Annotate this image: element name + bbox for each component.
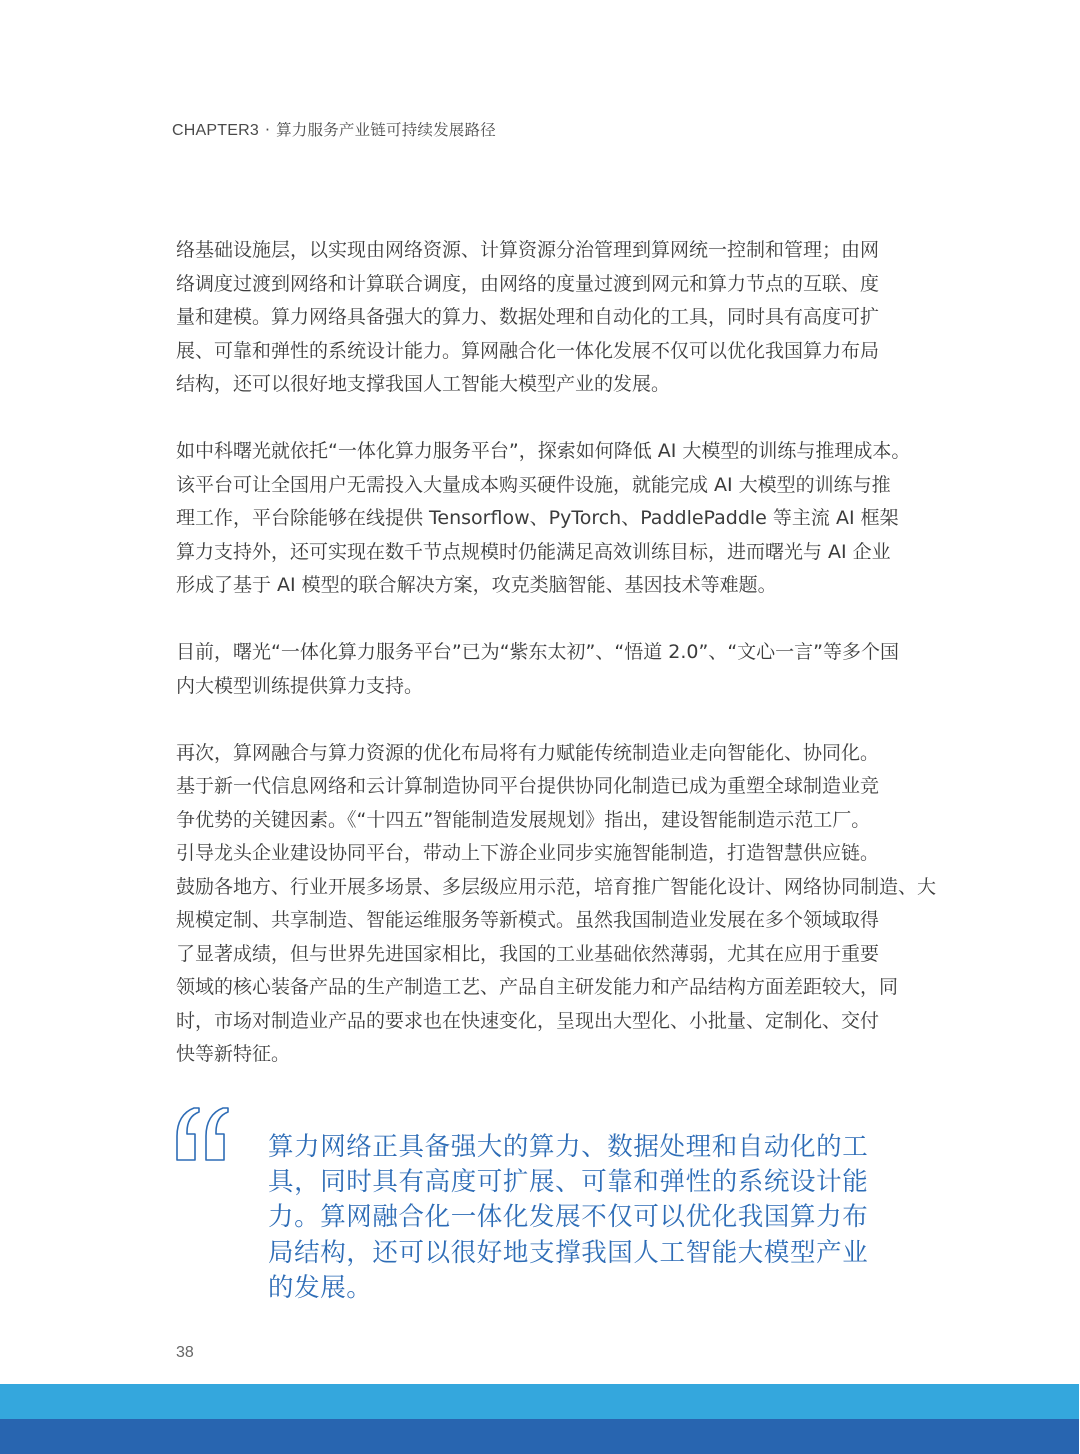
- quote-line: 力。算网融合化一体化发展不仅可以优化我国算力布: [268, 1200, 868, 1235]
- text-line: 络基础设施层，以实现由网络资源、计算资源分治管理到算网统一控制和管理；由网: [176, 234, 916, 268]
- text-line: 快等新特征。: [176, 1038, 916, 1072]
- document-page: CHAPTER3·算力服务产业链可持续发展路径 络基础设施层，以实现由网络资源、…: [0, 0, 1080, 1454]
- paragraph-2: 如中科曙光就依托“一体化算力服务平台”，探索如何降低 AI 大模型的训练与推理成…: [176, 435, 916, 603]
- quote-line: 局结构，还可以很好地支撑我国人工智能大模型产业: [268, 1236, 868, 1271]
- text-line: 量和建模。算力网络具备强大的算力、数据处理和自动化的工具，同时具有高度可扩: [176, 301, 916, 335]
- quote-line: 具，同时具有高度可扩展、可靠和弹性的系统设计能: [268, 1165, 868, 1200]
- paragraph-1: 络基础设施层，以实现由网络资源、计算资源分治管理到算网统一控制和管理；由网 络调…: [176, 234, 916, 402]
- text-line: 再次，算网融合与算力资源的优化布局将有力赋能传统制造业走向智能化、协同化。: [176, 737, 916, 771]
- text-line: 该平台可让全国用户无需投入大量成本购买硬件设施，就能完成 AI 大模型的训练与推: [176, 469, 916, 503]
- text-line: 展、可靠和弹性的系统设计能力。算网融合化一体化发展不仅可以优化我国算力布局: [176, 335, 916, 369]
- body-text: 络基础设施层，以实现由网络资源、计算资源分治管理到算网统一控制和管理；由网 络调…: [176, 234, 916, 1105]
- running-header: CHAPTER3·算力服务产业链可持续发展路径: [172, 118, 496, 140]
- chapter-label: CHAPTER3: [172, 122, 259, 139]
- text-line: 领域的核心装备产品的生产制造工艺、产品自主研发能力和产品结构方面差距较大，同: [176, 971, 916, 1005]
- chapter-title: 算力服务产业链可持续发展路径: [276, 121, 496, 139]
- pull-quote: 算力网络正具备强大的算力、数据处理和自动化的工 具，同时具有高度可扩展、可靠和弹…: [174, 1102, 914, 1312]
- paragraph-3: 目前，曙光“一体化算力服务平台”已为“紫东太初”、“悟道 2.0”、“文心一言”…: [176, 636, 916, 703]
- text-line: 争优势的关键因素。《“十四五”智能制造发展规划》指出，建设智能制造示范工厂。: [176, 804, 916, 838]
- text-line: 算力支持外，还可实现在数千节点规模时仍能满足高效训练目标，进而曙光与 AI 企业: [176, 536, 916, 570]
- text-line: 规模定制、共享制造、智能运维服务等新模式。虽然我国制造业发展在多个领域取得: [176, 904, 916, 938]
- quote-line: 算力网络正具备强大的算力、数据处理和自动化的工: [268, 1130, 868, 1165]
- text-line: 时，市场对制造业产品的要求也在快速变化，呈现出大型化、小批量、定制化、交付: [176, 1005, 916, 1039]
- header-separator: ·: [265, 121, 270, 139]
- text-line: 络调度过渡到网络和计算联合调度，由网络的度量过渡到网元和算力节点的互联、度: [176, 268, 916, 302]
- quote-line: 的发展。: [268, 1271, 868, 1306]
- quote-text: 算力网络正具备强大的算力、数据处理和自动化的工 具，同时具有高度可扩展、可靠和弹…: [268, 1130, 868, 1306]
- text-line: 鼓励各地方、行业开展多场景、多层级应用示范，培育推广智能化设计、网络协同制造、大: [176, 871, 916, 905]
- text-line: 理工作，平台除能够在线提供 Tensorflow、PyTorch、PaddleP…: [176, 502, 916, 536]
- text-line: 目前，曙光“一体化算力服务平台”已为“紫东太初”、“悟道 2.0”、“文心一言”…: [176, 636, 916, 670]
- quote-open-icon: [174, 1106, 232, 1162]
- page-number: 38: [176, 1344, 194, 1362]
- footer-band-light: [0, 1384, 1079, 1419]
- footer-band-dark: [0, 1419, 1079, 1454]
- text-line: 内大模型训练提供算力支持。: [176, 670, 916, 704]
- text-line: 如中科曙光就依托“一体化算力服务平台”，探索如何降低 AI 大模型的训练与推理成…: [176, 435, 916, 469]
- text-line: 了显著成绩，但与世界先进国家相比，我国的工业基础依然薄弱，尤其在应用于重要: [176, 938, 916, 972]
- text-line: 基于新一代信息网络和云计算制造协同平台提供协同化制造已成为重塑全球制造业竞: [176, 770, 916, 804]
- text-line: 引导龙头企业建设协同平台，带动上下游企业同步实施智能制造，打造智慧供应链。: [176, 837, 916, 871]
- text-line: 结构，还可以很好地支撑我国人工智能大模型产业的发展。: [176, 368, 916, 402]
- paragraph-4: 再次，算网融合与算力资源的优化布局将有力赋能传统制造业走向智能化、协同化。 基于…: [176, 737, 916, 1072]
- text-line: 形成了基于 AI 模型的联合解决方案，攻克类脑智能、基因技术等难题。: [176, 569, 916, 603]
